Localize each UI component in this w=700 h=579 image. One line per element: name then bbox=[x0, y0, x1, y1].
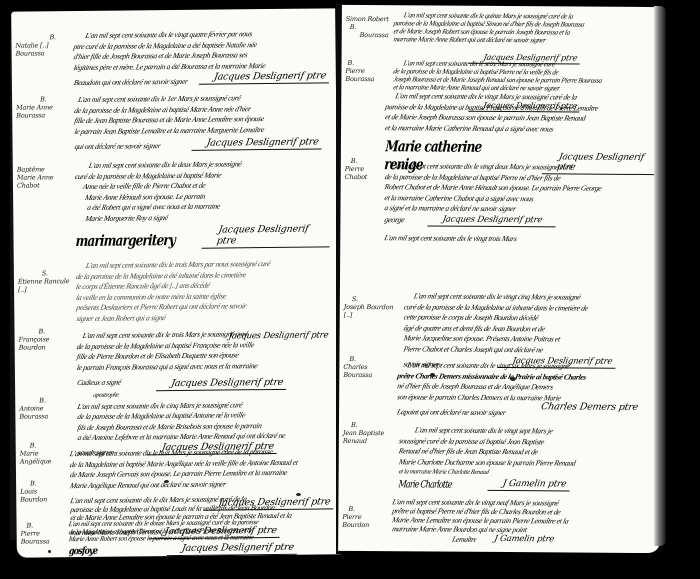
register-entry: L'an mil sept cent soixante dix le vingt… bbox=[384, 161, 656, 227]
left-margin-column: B. Natalie [..] Bourassa B. Marie Anne B… bbox=[11, 11, 75, 558]
ink-blot bbox=[296, 493, 301, 496]
right-page-edge-shadow bbox=[654, 6, 666, 546]
margin-note: B. Marie Angélique bbox=[20, 441, 76, 466]
ink-blot bbox=[510, 377, 516, 381]
entry-line: le parrain François Bourassa qui a signé… bbox=[76, 360, 334, 373]
ink-blot bbox=[48, 550, 51, 553]
priest-signature: Jacques Deslignerif ptre bbox=[192, 136, 324, 150]
register-entry: L'an mil sept cent soixante dix le vingt… bbox=[399, 425, 655, 491]
entry-line: Marie Marguerite Roy a signé bbox=[74, 211, 332, 224]
register-entry: L'an mil sept cent soixante dix le vingt… bbox=[392, 497, 654, 546]
witness-signature: george bbox=[383, 215, 405, 226]
register-entry: L'an mil sept cent soixante dix le douze… bbox=[68, 518, 334, 556]
margin-note: B. Marie Anne Bourassa bbox=[16, 95, 72, 120]
priest-signature: J Gamelin ptre bbox=[480, 534, 560, 546]
entry-line: a signé et la marraine a déclaré ne savo… bbox=[383, 203, 657, 215]
entry-line: Beaudoin qui ont déclaré ne savoir signe… bbox=[73, 76, 190, 88]
margin-note: B. Antoine Bourassa bbox=[19, 396, 75, 421]
entry-line: L'an mil sept cent soixante dix le vingt… bbox=[383, 233, 657, 245]
priest-signature: Jacques Deslignerif ptre bbox=[202, 223, 334, 248]
priest-signature: Jacques Deslignerif ptre bbox=[167, 541, 299, 555]
entry-line: et la marraine Marie Catherine Renaud qu… bbox=[384, 123, 658, 135]
register-entry: L'an mil sept cent soixante dix le 1er M… bbox=[74, 92, 331, 156]
margin-note: B. Françoise Bourdon bbox=[18, 327, 74, 352]
ink-blot bbox=[164, 480, 169, 483]
left-page: B. Natalie [..] Bourassa B. Marie Anne B… bbox=[11, 8, 341, 557]
witness-signature: Lemaître bbox=[451, 534, 478, 545]
register-entry: L'an mil sept cent soixante dix le vingt… bbox=[73, 28, 330, 92]
priest-signature: J Gamelin ptre bbox=[488, 478, 572, 491]
right-page: Simon Robert B. Bourassa B. Pierre Boura… bbox=[338, 5, 664, 553]
witness-signature: Marie Charlotte bbox=[398, 479, 452, 490]
witness-signature: gosfoye bbox=[69, 545, 98, 556]
register-entry: L'an mil sept cent soixante dix le vingt… bbox=[384, 233, 656, 245]
register-entry: L'an mil sept cent soixante dix le deux … bbox=[75, 158, 332, 250]
register-entry: L'an mil sept cent soixante dix le vingt… bbox=[397, 360, 655, 423]
entry-line: Cadieux a signé bbox=[76, 377, 155, 388]
margin-note: Baptême Marie Anne Chabot bbox=[17, 165, 73, 190]
margin-note: S. Étienne Rancule [..] bbox=[18, 269, 74, 294]
left-body-column: L'an mil sept cent soixante dix le vingt… bbox=[73, 8, 341, 557]
ink-blot bbox=[430, 373, 435, 377]
entry-line: le parrain Jean Baptiste Lemaître et la … bbox=[73, 124, 331, 137]
entry-line: et la marraine Marie Charlotte Renaud bbox=[397, 467, 655, 479]
priest-signature: Charles Demers ptre bbox=[526, 401, 643, 414]
right-body-column: L'an mil sept cent soixante dix le quinz… bbox=[390, 5, 664, 553]
margin-note: B. Natalie [..] Bourassa bbox=[15, 33, 71, 58]
priest-signature: Jacques Deslignerif ptre bbox=[199, 70, 331, 84]
priest-signature: Jacques Deslignerif ptre bbox=[427, 214, 557, 227]
entry-line: Pierre Chabot et Charles Joseph qui ont … bbox=[402, 344, 656, 356]
entry-line: Lapoint qui ont déclaré ne savoir signer bbox=[396, 407, 514, 418]
witness-signature: marimargeritery bbox=[75, 231, 175, 250]
margin-note: B. Louis Bourdon bbox=[20, 479, 76, 504]
register-entry: L'an mil sept cent soixante dix le trois… bbox=[76, 328, 333, 392]
register-entry: L'an mil sept cent soixante dix le quinz… bbox=[394, 11, 658, 65]
right-margin-column: Simon Robert B. Bourassa B. Pierre Boura… bbox=[338, 5, 392, 551]
entry-line: qui ont déclaré ne savoir signer bbox=[74, 140, 179, 152]
